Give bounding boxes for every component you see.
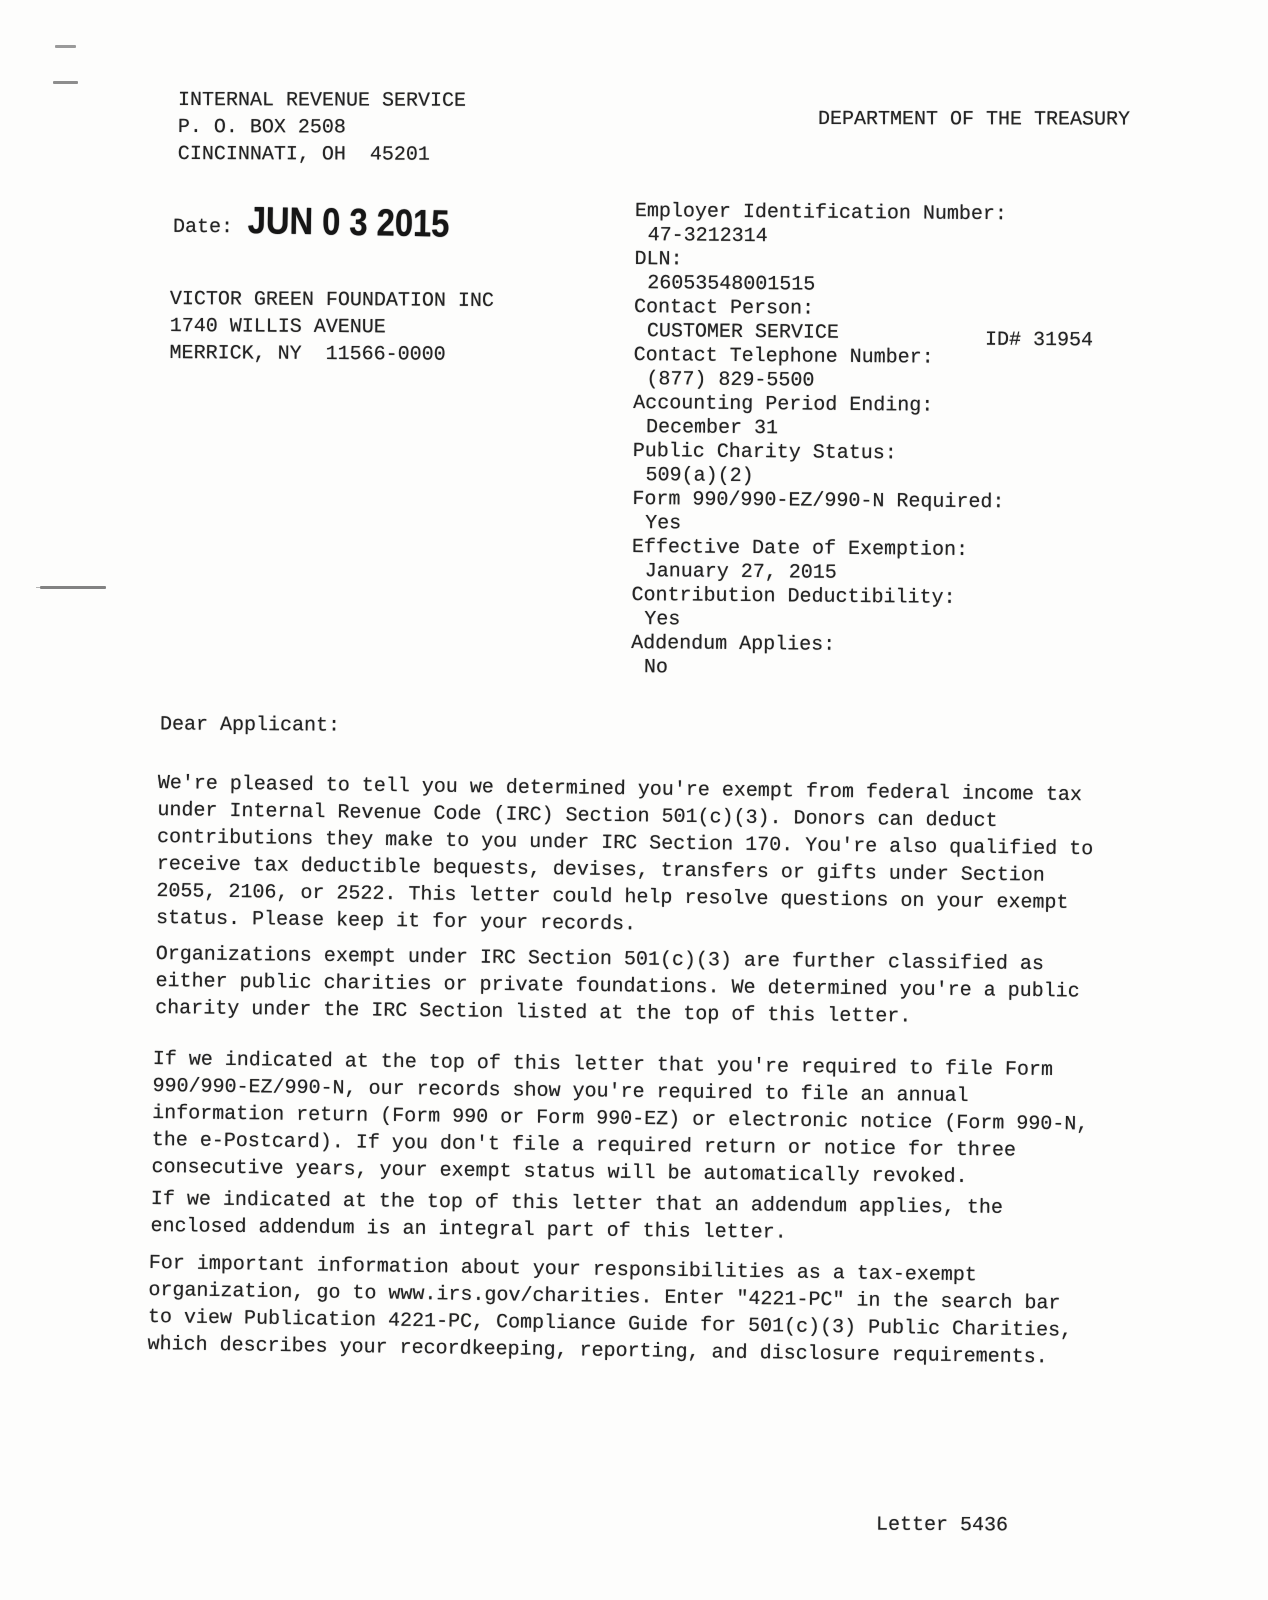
department-header: DEPARTMENT OF THE TREASURY [818, 106, 1130, 134]
date-stamp: JUN 0 3 2015 [247, 201, 449, 245]
field-value-charity-status: 509(a)(2) [632, 464, 1004, 491]
field-value-ein: 47-3212314 [635, 224, 1007, 251]
field-value-form-990-required: Yes [632, 512, 1004, 539]
body-paragraph-classification: Organizations exempt under IRC Section 5… [155, 941, 1080, 1032]
body-paragraph-filing-requirements: If we indicated at the top of this lette… [151, 1046, 1089, 1192]
body-paragraph-responsibilities: For important information about your res… [147, 1250, 1073, 1372]
recipient-address: VICTOR GREEN FOUNDATION INC 1740 WILLIS … [170, 286, 495, 369]
field-label-form-990-required: Form 990/990-EZ/990-N Required: [632, 488, 1004, 515]
body-paragraph-exempt-status: We're pleased to tell you we determined … [156, 770, 1094, 944]
field-value-dln: 26053548001515 [634, 272, 1006, 299]
id-reference: ID# 31954 [985, 327, 1093, 355]
field-value-contact-person: CUSTOMER SERVICE [634, 320, 1006, 347]
field-value-accounting-period: December 31 [633, 416, 1005, 443]
field-label-contact-phone: Contact Telephone Number: [634, 344, 1006, 371]
field-value-effective-date: January 27, 2015 [632, 560, 1004, 587]
body-paragraph-addendum: If we indicated at the top of this lette… [150, 1186, 1003, 1249]
field-label-effective-date: Effective Date of Exemption: [632, 536, 1004, 563]
field-value-contact-phone: (877) 829-5500 [633, 368, 1005, 395]
scan-artifact-dash [53, 81, 78, 84]
letter-info-column: Employer Identification Number: 47-32123… [631, 200, 1007, 683]
field-label-contact-person: Contact Person: [634, 296, 1006, 323]
salutation: Dear Applicant: [160, 711, 340, 739]
scan-artifact-dash [55, 45, 76, 48]
irs-determination-letter: INTERNAL REVENUE SERVICE P. O. BOX 2508 … [0, 0, 1268, 1600]
field-value-deductibility: Yes [631, 608, 1003, 635]
field-label-deductibility: Contribution Deductibility: [631, 584, 1003, 611]
field-label-ein: Employer Identification Number: [635, 200, 1007, 227]
date-label: Date: [173, 214, 233, 241]
field-value-addendum: No [631, 656, 1003, 683]
sender-address: INTERNAL REVENUE SERVICE P. O. BOX 2508 … [178, 87, 466, 169]
field-label-accounting-period: Accounting Period Ending: [633, 392, 1005, 419]
field-label-dln: DLN: [634, 248, 1006, 275]
scan-artifact-dash [40, 586, 106, 589]
letter-number-footer: Letter 5436 [876, 1512, 1008, 1540]
field-label-charity-status: Public Charity Status: [633, 440, 1005, 467]
field-label-addendum: Addendum Applies: [631, 632, 1003, 659]
